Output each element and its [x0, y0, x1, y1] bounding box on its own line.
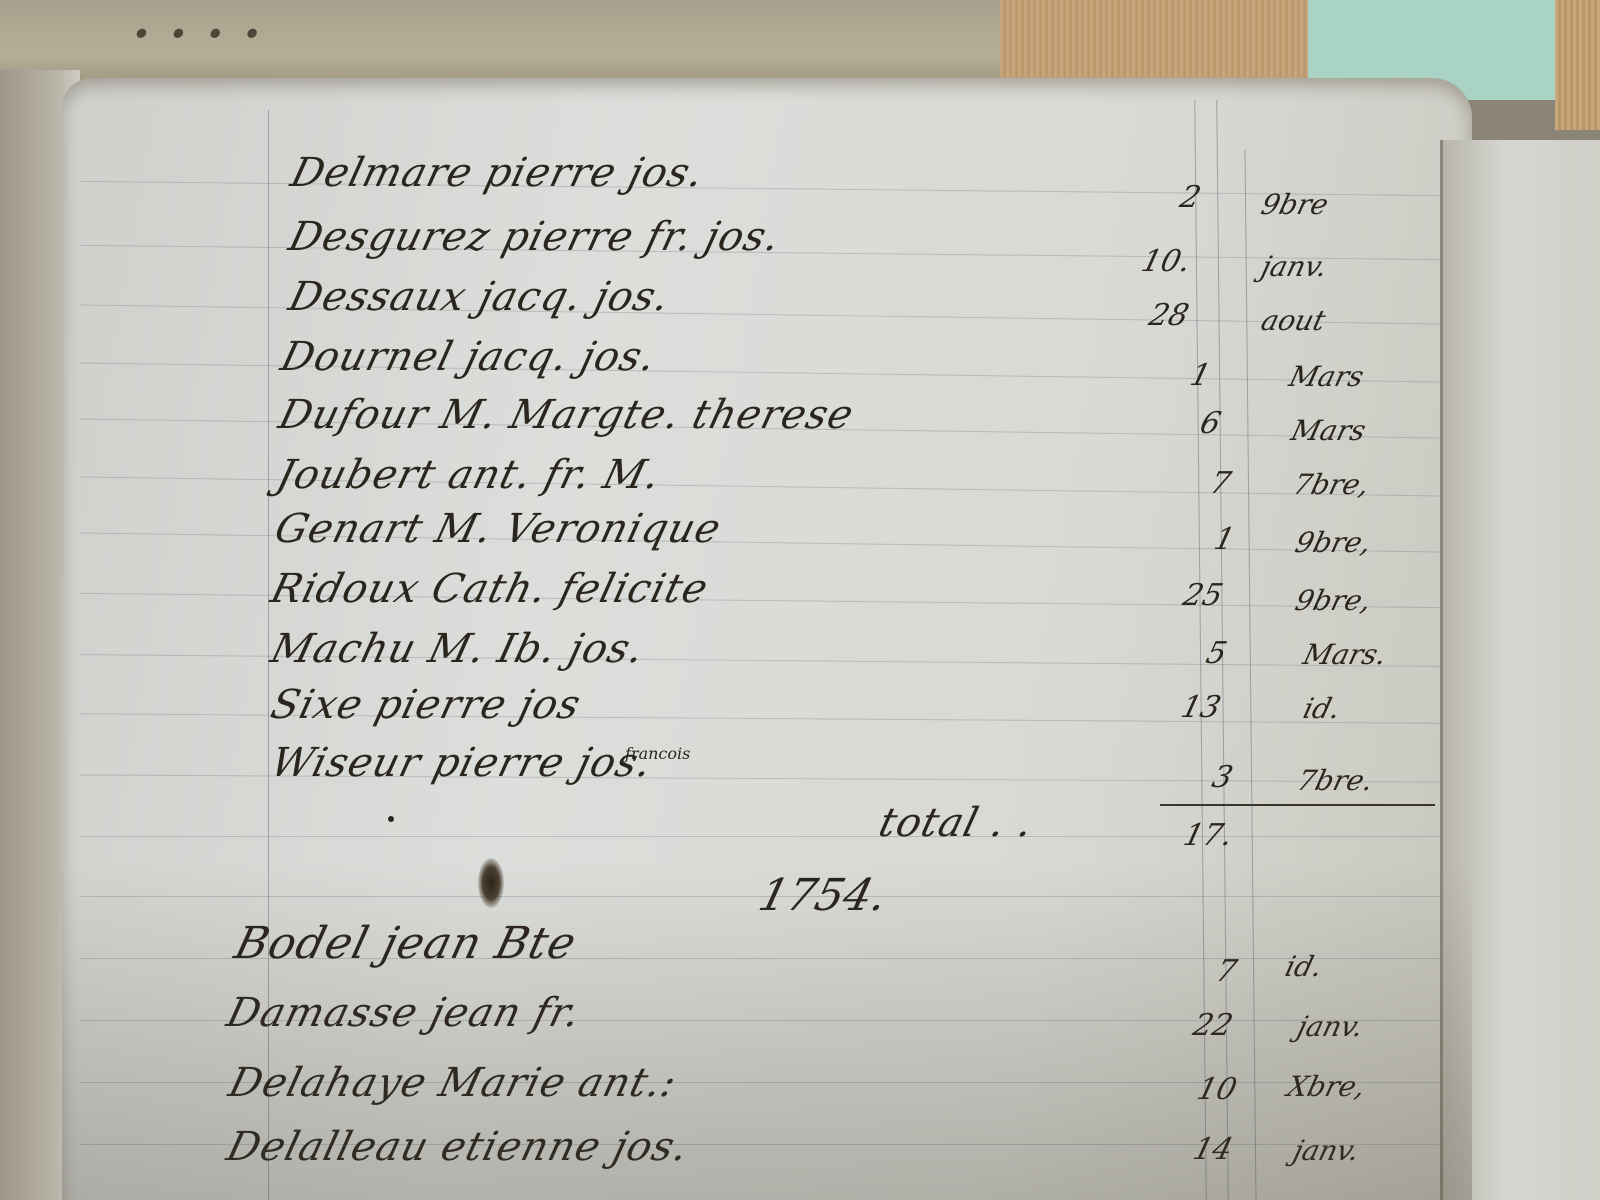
entry-day: 1: [1146, 358, 1215, 393]
entry-day: 13: [1156, 690, 1225, 725]
cardboard-background-right: [1555, 0, 1600, 130]
cardboard-background: [1000, 0, 1310, 80]
entry-name: Ridoux Cath. felicite: [266, 566, 713, 612]
entry-day: 6: [1156, 406, 1225, 441]
superscript-insertion: francois: [625, 744, 690, 763]
entry-name: Sixe pierre jos: [266, 682, 585, 728]
entry-day: 10.: [1126, 244, 1195, 279]
total-underline: [1160, 804, 1435, 806]
entry-month: Mars: [1286, 360, 1367, 393]
ruled-line: [80, 836, 1440, 837]
entry-day: 3: [1168, 760, 1237, 795]
entry-month: janv.: [1258, 250, 1331, 283]
previous-page-script-fragment: ....: [130, 0, 278, 54]
entry-day: 28: [1124, 298, 1193, 333]
entry-name: Delmare pierre jos.: [286, 150, 709, 196]
entry-name: Joubert ant. fr. M.: [272, 452, 665, 498]
entry-name: Wiseur pierre jos.: [266, 740, 657, 786]
entry-month: Mars.: [1300, 638, 1390, 671]
entry-month: 7bre.: [1294, 764, 1377, 797]
entry-month: 7bre,: [1290, 468, 1373, 501]
entry-month: 9bre: [1258, 188, 1332, 221]
entry-name: Desgurez pierre fr. jos.: [284, 214, 785, 260]
entry-day: 5: [1162, 636, 1231, 671]
entry-name: Dournel jacq. jos.: [276, 334, 661, 380]
entry-month: aout: [1258, 304, 1329, 337]
page-shadow: [62, 860, 1472, 1200]
entry-day: 2: [1136, 180, 1205, 215]
entry-day: 1: [1170, 522, 1239, 557]
entry-name: Machu M. Ib. jos.: [266, 626, 649, 672]
entry-name: Genart M. Veronique: [270, 506, 726, 552]
entry-name: Dessaux jacq. jos.: [284, 274, 675, 320]
entry-month: 9bre,: [1292, 584, 1375, 617]
entry-month: Mars: [1288, 414, 1369, 447]
entry-month: 9bre,: [1292, 526, 1375, 559]
entry-name: Dufour M. Margte. therese: [274, 392, 858, 438]
entry-day: 7: [1166, 466, 1235, 501]
total-value: 17.: [1168, 818, 1237, 853]
ink-dot: [388, 816, 394, 822]
entry-day: 25: [1158, 578, 1227, 613]
total-label: total . .: [874, 800, 1038, 846]
